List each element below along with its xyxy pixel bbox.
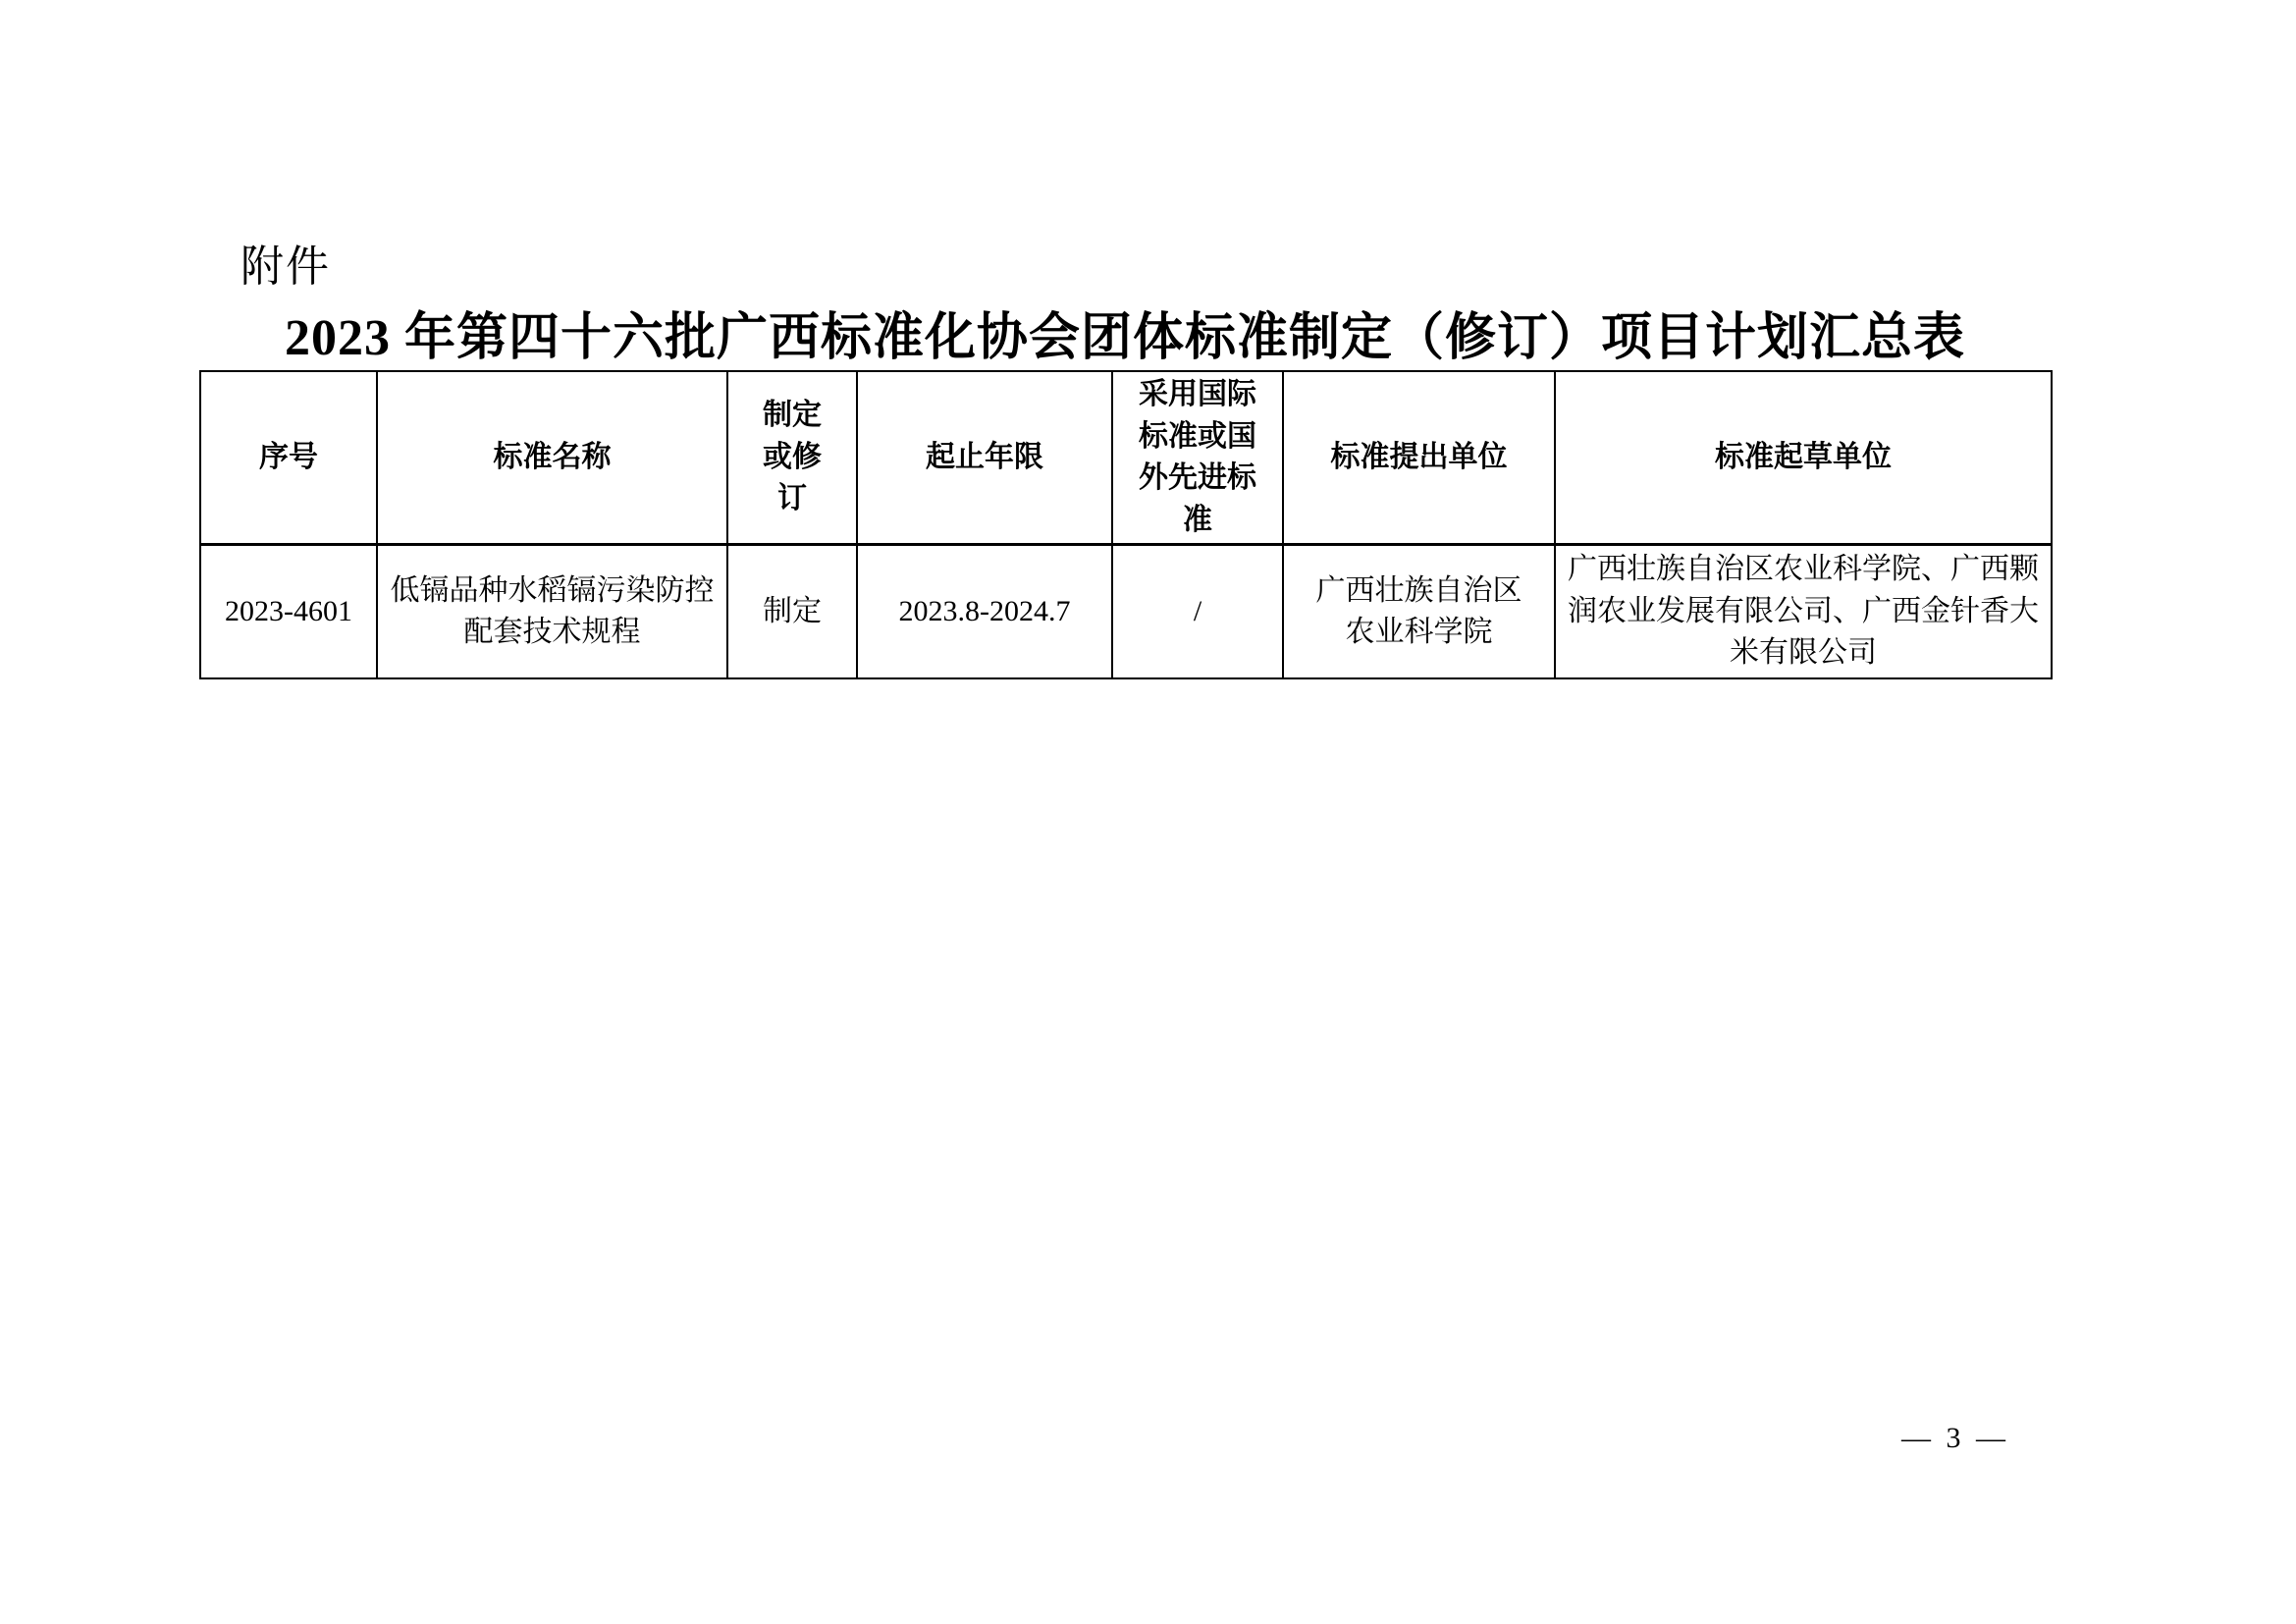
- cell-standard-name: 低镉品种水稻镉污染防控 配套技术规程: [377, 545, 727, 678]
- cell-serial-number: 2023-4601: [200, 545, 377, 678]
- page-number: — 3 —: [1764, 1422, 2009, 1455]
- table-header-row: 序号 标准名称 制定 或修 订 起止年限 采用国际 标准或国 外先进标 准 标准…: [200, 371, 2052, 545]
- document-page: 附件 2023 年第四十六批广西标准化协会团体标准制定（修订）项目计划汇总表 序…: [0, 0, 2296, 1624]
- cell-revision-type: 制定: [727, 545, 857, 678]
- col-header-proposer-unit: 标准提出单位: [1283, 371, 1555, 545]
- cell-proposer-unit: 广西壮族自治区 农业科学院: [1283, 545, 1555, 678]
- cell-period: 2023.8-2024.7: [857, 545, 1112, 678]
- cell-drafter-unit: 广西壮族自治区农业科学院、广西颗 润农业发展有限公司、广西金针香大 米有限公司: [1555, 545, 2052, 678]
- cell-international-standard: /: [1112, 545, 1283, 678]
- col-header-standard-name: 标准名称: [377, 371, 727, 545]
- col-header-serial: 序号: [200, 371, 377, 545]
- attachment-label: 附件: [240, 244, 331, 291]
- col-header-international-standard: 采用国际 标准或国 外先进标 准: [1112, 371, 1283, 545]
- col-header-revision-type: 制定 或修 订: [727, 371, 857, 545]
- table-row: 2023-4601 低镉品种水稻镉污染防控 配套技术规程 制定 2023.8-2…: [200, 545, 2052, 678]
- col-header-period: 起止年限: [857, 371, 1112, 545]
- page-title: 2023 年第四十六批广西标准化协会团体标准制定（修订）项目计划汇总表: [199, 310, 2051, 366]
- col-header-drafter-unit: 标准起草单位: [1555, 371, 2052, 545]
- standards-plan-table: 序号 标准名称 制定 或修 订 起止年限 采用国际 标准或国 外先进标 准 标准…: [199, 370, 2053, 679]
